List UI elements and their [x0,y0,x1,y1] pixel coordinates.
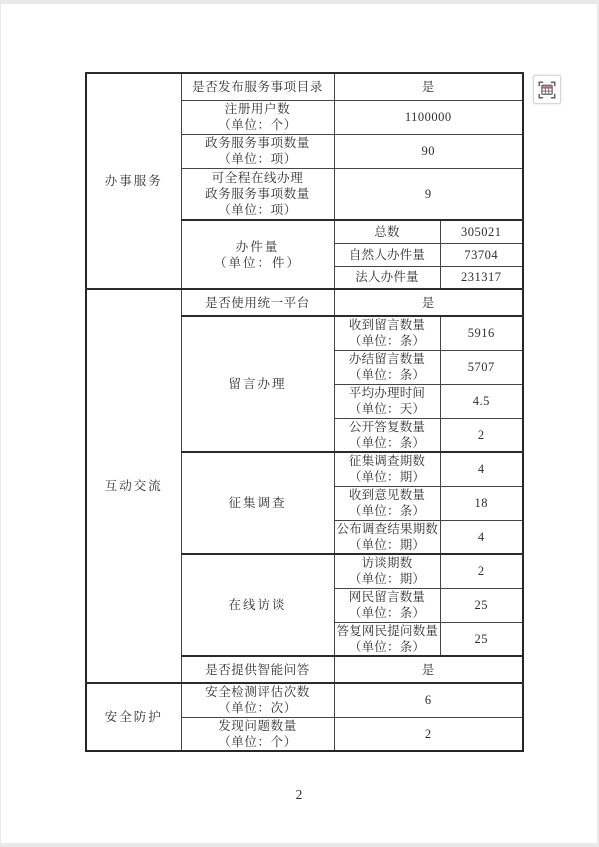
cell-text-line: 发现问题数量 [184,718,332,734]
group-label-cell: 征集调查 [181,452,334,554]
cell-text-line: 政务服务事项数量 [184,135,332,151]
item-value-cell: 73704 [440,243,523,266]
cell-text-line: 是否提供智能问答 [184,662,332,678]
cell-text-line: （单位：项） [184,151,332,167]
cell-text-line: 注册用户数 [184,101,332,117]
item-label-cell: 法人办件量 [334,266,440,289]
row-value-cell: 9 [334,168,523,220]
cell-text-line: （单位：条） [337,605,438,621]
cell-text-line: （单位：期） [337,537,438,553]
cell-text-line: 公布调查结果期数 [337,521,438,537]
row-label-cell: 政务服务事项数量（单位：项） [181,134,334,168]
item-label-cell: 办结留言数量（单位：条） [334,350,440,384]
row-label-cell: 可全程在线办理政务服务事项数量（单位：项） [181,168,334,220]
cell-text-line: （单位：条） [337,503,438,519]
cell-text-line: （单位：次） [184,700,332,716]
group-label-cell: 留言办理 [181,316,334,452]
row-label-cell: 是否发布服务事项目录 [181,73,334,100]
item-label-cell: 总数 [334,220,440,243]
item-value-cell: 18 [440,486,523,520]
report-table: 办事服务是否发布服务事项目录是注册用户数（单位：个）1100000政务服务事项数… [85,72,524,752]
item-value-cell: 5916 [440,316,523,350]
row-value-cell: 2 [334,717,523,751]
cell-text-line: 收到意见数量 [337,487,438,503]
cell-text-line: 访谈期数 [337,555,438,571]
cell-text-line: （单位：条） [337,639,438,655]
cell-text-line: 收到留言数量 [337,317,438,333]
cell-text-line: 征集调查期数 [337,453,438,469]
cell-text-line: （单位：期） [337,571,438,587]
cell-text-line: （单位：个） [184,734,332,750]
cell-text-line: 留言办理 [184,376,332,392]
cell-text-line: 总数 [337,224,438,240]
report-table-body: 办事服务是否发布服务事项目录是注册用户数（单位：个）1100000政务服务事项数… [86,73,523,751]
row-label-cell: 发现问题数量（单位：个） [181,717,334,751]
row-label-cell: 是否使用统一平台 [181,289,334,316]
cell-text-line: 在线访谈 [184,597,332,613]
item-label-cell: 答复网民提问数量（单位：条） [334,622,440,656]
row-label-cell: 安全检测评估次数（单位：次） [181,683,334,717]
cell-text-line: （单位：条） [337,367,438,383]
table-capture-button[interactable] [533,75,561,104]
item-value-cell: 305021 [440,220,523,243]
table-row: 安全防护安全检测评估次数（单位：次）6 [86,683,523,717]
row-value-cell: 是 [334,656,523,683]
cell-text-line: 答复网民提问数量 [337,623,438,639]
cell-text-line: 平均办理时间 [337,385,438,401]
document-viewport: { "window": { "frame_color": "#e9e9e9", … [0,0,599,847]
item-label-cell: 征集调查期数（单位：期） [334,452,440,486]
row-value-cell: 是 [334,289,523,316]
cell-text-line: 法人办件量 [337,269,438,285]
row-label-cell: 注册用户数（单位：个） [181,100,334,134]
item-label-cell: 自然人办件量 [334,243,440,266]
item-label-cell: 平均办理时间（单位：天） [334,384,440,418]
cell-text-line: （单位：条） [337,333,438,349]
cell-text-line: 政务服务事项数量 [184,186,332,202]
cell-text-line: （单位：期） [337,469,438,485]
cell-text-line: （单位：项） [184,202,332,218]
item-value-cell: 4.5 [440,384,523,418]
table-row: 办事服务是否发布服务事项目录是 [86,73,523,100]
row-value-cell: 90 [334,134,523,168]
item-label-cell: 公开答复数量（单位：条） [334,418,440,452]
cell-text-line: 安全检测评估次数 [184,684,332,700]
cell-text-line: （单位：个） [184,117,332,133]
row-label-cell: 是否提供智能问答 [181,656,334,683]
table-capture-icon [535,78,559,102]
document-page: 办事服务是否发布服务事项目录是注册用户数（单位：个）1100000政务服务事项数… [1,4,597,843]
category-cell: 办事服务 [86,73,181,289]
item-value-cell: 4 [440,452,523,486]
row-value-cell: 6 [334,683,523,717]
cell-text-line: 可全程在线办理 [184,170,332,186]
table-row: 互动交流是否使用统一平台是 [86,289,523,316]
cell-text-line: （单位：条） [337,435,438,451]
row-value-cell: 是 [334,73,523,100]
category-cell: 互动交流 [86,289,181,683]
item-label-cell: 收到意见数量（单位：条） [334,486,440,520]
category-cell: 安全防护 [86,683,181,751]
cell-text-line: （单位：件） [184,255,332,271]
item-value-cell: 2 [440,554,523,588]
item-label-cell: 访谈期数（单位：期） [334,554,440,588]
cell-text-line: 是否使用统一平台 [184,295,332,311]
row-value-cell: 1100000 [334,100,523,134]
page-number: 2 [1,787,597,803]
group-label-cell: 办件量（单位：件） [181,220,334,289]
cell-text-line: 办件量 [184,239,332,255]
item-value-cell: 2 [440,418,523,452]
item-value-cell: 25 [440,588,523,622]
item-label-cell: 收到留言数量（单位：条） [334,316,440,350]
cell-text-line: 公开答复数量 [337,419,438,435]
item-value-cell: 5707 [440,350,523,384]
item-value-cell: 231317 [440,266,523,289]
cell-text-line: 办结留言数量 [337,351,438,367]
cell-text-line: 是否发布服务事项目录 [184,79,332,95]
cell-text-line: 征集调查 [184,495,332,511]
item-label-cell: 公布调查结果期数（单位：期） [334,520,440,554]
item-label-cell: 网民留言数量（单位：条） [334,588,440,622]
cell-text-line: 自然人办件量 [337,247,438,263]
cell-text-line: 网民留言数量 [337,589,438,605]
item-value-cell: 25 [440,622,523,656]
cell-text-line: （单位：天） [337,401,438,417]
item-value-cell: 4 [440,520,523,554]
group-label-cell: 在线访谈 [181,554,334,656]
